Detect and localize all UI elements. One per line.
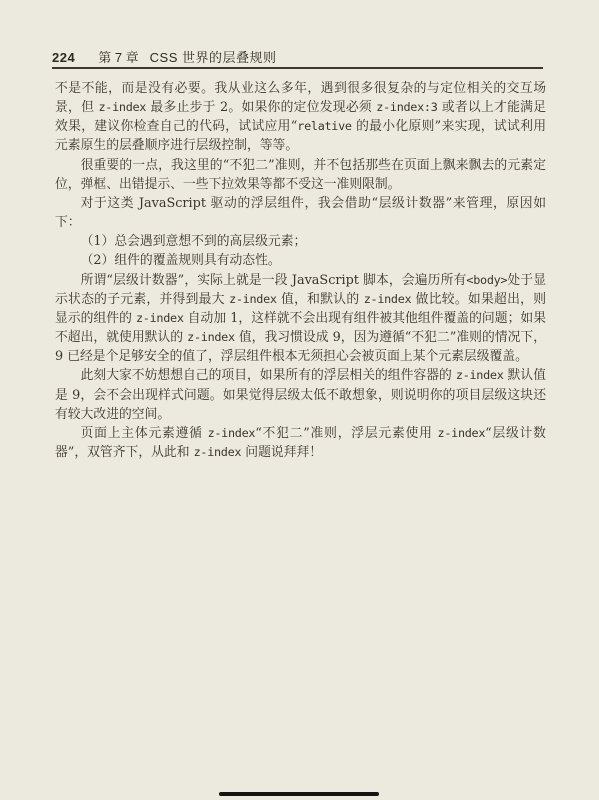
inline-code: z-index: [456, 368, 504, 382]
paragraph: 很重要的一点，我这里的“不犯二”准则，并不包括那些在页面上飘来飘去的元素定位，弹…: [55, 156, 546, 194]
paragraph: 不是不能，而是没有必要。我从业这么多年，遇到很多很复杂的与定位相关的交互场景，但…: [55, 79, 546, 156]
paragraph: （1）总会遇到意想不到的高层级元素；: [55, 232, 546, 251]
inline-code: z-index: [98, 100, 146, 114]
page-header: 224 第 7 章 CSS 世界的层叠规则: [52, 47, 277, 66]
inline-code: relative: [297, 119, 351, 133]
home-indicator[interactable]: [219, 792, 379, 796]
inline-code: z-index: [194, 445, 242, 459]
inline-code: z-index: [438, 426, 486, 440]
paragraph: 页面上主体元素遵循 z-index“不犯二”准则，浮层元素使用 z-index“…: [55, 424, 546, 462]
page-number: 224: [52, 50, 75, 65]
header-rule: [52, 67, 543, 69]
inline-code: z-index: [229, 292, 277, 306]
inline-code: z-index:3: [376, 100, 437, 114]
inline-code: z-index: [208, 426, 256, 440]
paragraph: 此刻大家不妨想想自己的项目，如果所有的浮层相关的组件容器的 z-index 默认…: [55, 366, 546, 423]
page-body: 不是不能，而是没有必要。我从业这么多年，遇到很多很复杂的与定位相关的交互场景，但…: [55, 79, 546, 462]
inline-code: z-index: [187, 330, 235, 344]
paragraph: （2）组件的覆盖规则具有动态性。: [55, 251, 546, 270]
paragraph: 所谓“层级计数器”，实际上就是一段 JavaScript 脚本，会遍历所有<bo…: [55, 271, 546, 367]
chapter-title: CSS 世界的层叠规则: [150, 47, 277, 66]
chapter-label: 第 7 章: [98, 47, 138, 66]
inline-code: z-index: [364, 292, 412, 306]
paragraph: 对于这类 JavaScript 驱动的浮层组件，我会借助“层级计数器”来管理，原…: [55, 194, 546, 232]
inline-code: <body>: [466, 273, 507, 287]
inline-code: z-index: [136, 311, 184, 325]
